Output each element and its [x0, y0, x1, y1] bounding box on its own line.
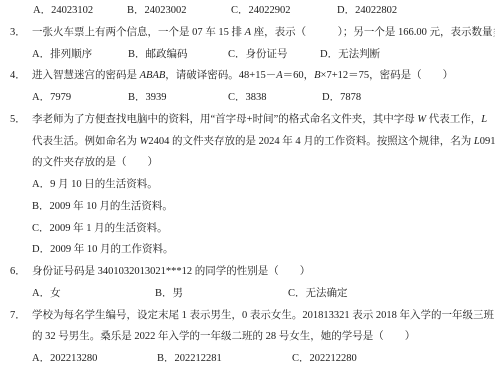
q3-text: 一张火车票上有两个信息，一个是 07 车 15 排 A 座，表示（ ）；另一个是…	[32, 22, 495, 44]
q5-option-c: C．2009 年 1 月的生活资料。	[32, 218, 168, 240]
q5-question-line-2: 代表生活。例如命名为 W2404 的文件夹存放的是 2024 年 4 月的工作资…	[0, 131, 495, 153]
q4-options-row: A．7979B．3939C．3838D．7878	[0, 87, 495, 109]
q4-option-a: A．7979	[32, 87, 71, 109]
q3-option-d: D．无法判断	[320, 44, 380, 66]
q6-option-a: A．女	[32, 283, 61, 305]
q7-text-2: 的 32 号男生。桑乐是 2022 年入学的一年级二班的 28 号女生，她的学号…	[32, 326, 415, 348]
exam-page: A．24023102B．24023002C．24022902D．24022802…	[0, 0, 495, 370]
q5-number: 5．	[10, 109, 26, 131]
question-list: A．24023102B．24023002C．24022902D．24022802…	[0, 0, 495, 370]
q4-number: 4．	[10, 65, 26, 87]
q5-text-2: 代表生活。例如命名为 W2404 的文件夹存放的是 2024 年 4 月的工作资…	[32, 131, 495, 153]
q4-question: 4．进入智慧迷宫的密码是 ABAB，请破译密码。48+15－A＝60，B×7+1…	[0, 65, 495, 87]
q5-option-c-row: C．2009 年 1 月的生活资料。	[0, 218, 495, 240]
q7-option-b: B．202212281	[157, 348, 222, 370]
q3-number: 3．	[10, 22, 26, 44]
q7-options-row: A．202213280B．202212281C．202212280	[0, 348, 495, 370]
q5-option-b: B．2009 年 10 月的生活资料。	[32, 196, 173, 218]
q4-option-c: C．3838	[228, 87, 267, 109]
q5-option-a: A．9 月 10 日的生活资料。	[32, 174, 158, 196]
q5-question-line-1: 5．李老师为了方便查找电脑中的资料，用“首字母+时间”的格式命名文件夹，其中字母…	[0, 109, 495, 131]
q3-options-row: A．排列顺序B．邮政编码C．身份证号D．无法判断	[0, 44, 495, 66]
q7-question-line-1: 7．学校为每名学生编号，设定末尾 1 表示男生，0 表示女生。201813321…	[0, 305, 495, 327]
q2-option-b: B．24023002	[127, 0, 187, 22]
q2-option-c: C．24022902	[231, 0, 291, 22]
q5-option-a-row: A．9 月 10 日的生活资料。	[0, 174, 495, 196]
q7-number: 7．	[10, 305, 26, 327]
q3-option-a: A．排列顺序	[32, 44, 92, 66]
q4-option-d: D．7878	[322, 87, 361, 109]
q5-option-b-row: B．2009 年 10 月的生活资料。	[0, 196, 495, 218]
q4-text: 进入智慧迷宫的密码是 ABAB，请破译密码。48+15－A＝60，B×7+12＝…	[32, 65, 453, 87]
q5-text-1: 李老师为了方便查找电脑中的资料，用“首字母+时间”的格式命名文件夹，其中字母 W…	[32, 109, 487, 131]
q2-options-row: A．24023102B．24023002C．24022902D．24022802	[0, 0, 495, 22]
q3-question: 3．一张火车票上有两个信息，一个是 07 车 15 排 A 座，表示（ ）；另一…	[0, 22, 495, 44]
q6-option-c: C．无法确定	[288, 283, 348, 305]
q6-text: 身份证号码是 3401032013021***12 的同学的性别是（ ）	[32, 261, 310, 283]
q3-option-b: B．邮政编码	[128, 44, 188, 66]
q5-option-d-row: D．2009 年 10 月的工作资料。	[0, 239, 495, 261]
q7-option-c: C．202212280	[292, 348, 357, 370]
q4-option-b: B．3939	[128, 87, 167, 109]
q6-question: 6．身份证号码是 3401032013021***12 的同学的性别是（ ）	[0, 261, 495, 283]
q5-text-3: 的文件夹存放的是（ ）	[32, 152, 158, 174]
q6-options-row: A．女B．男C．无法确定	[0, 283, 495, 305]
q3-option-c: C．身份证号	[228, 44, 288, 66]
q5-option-d: D．2009 年 10 月的工作资料。	[32, 239, 173, 261]
q6-number: 6．	[10, 261, 26, 283]
q2-option-a: A．24023102	[33, 0, 93, 22]
q7-text-1: 学校为每名学生编号，设定末尾 1 表示男生，0 表示女生。201813321 表…	[32, 305, 494, 327]
q2-option-d: D．24022802	[337, 0, 397, 22]
q7-question-line-2: 的 32 号男生。桑乐是 2022 年入学的一年级二班的 28 号女生，她的学号…	[0, 326, 495, 348]
q7-option-a: A．202213280	[32, 348, 97, 370]
q6-option-b: B．男	[155, 283, 183, 305]
q5-question-line-3: 的文件夹存放的是（ ）	[0, 152, 495, 174]
